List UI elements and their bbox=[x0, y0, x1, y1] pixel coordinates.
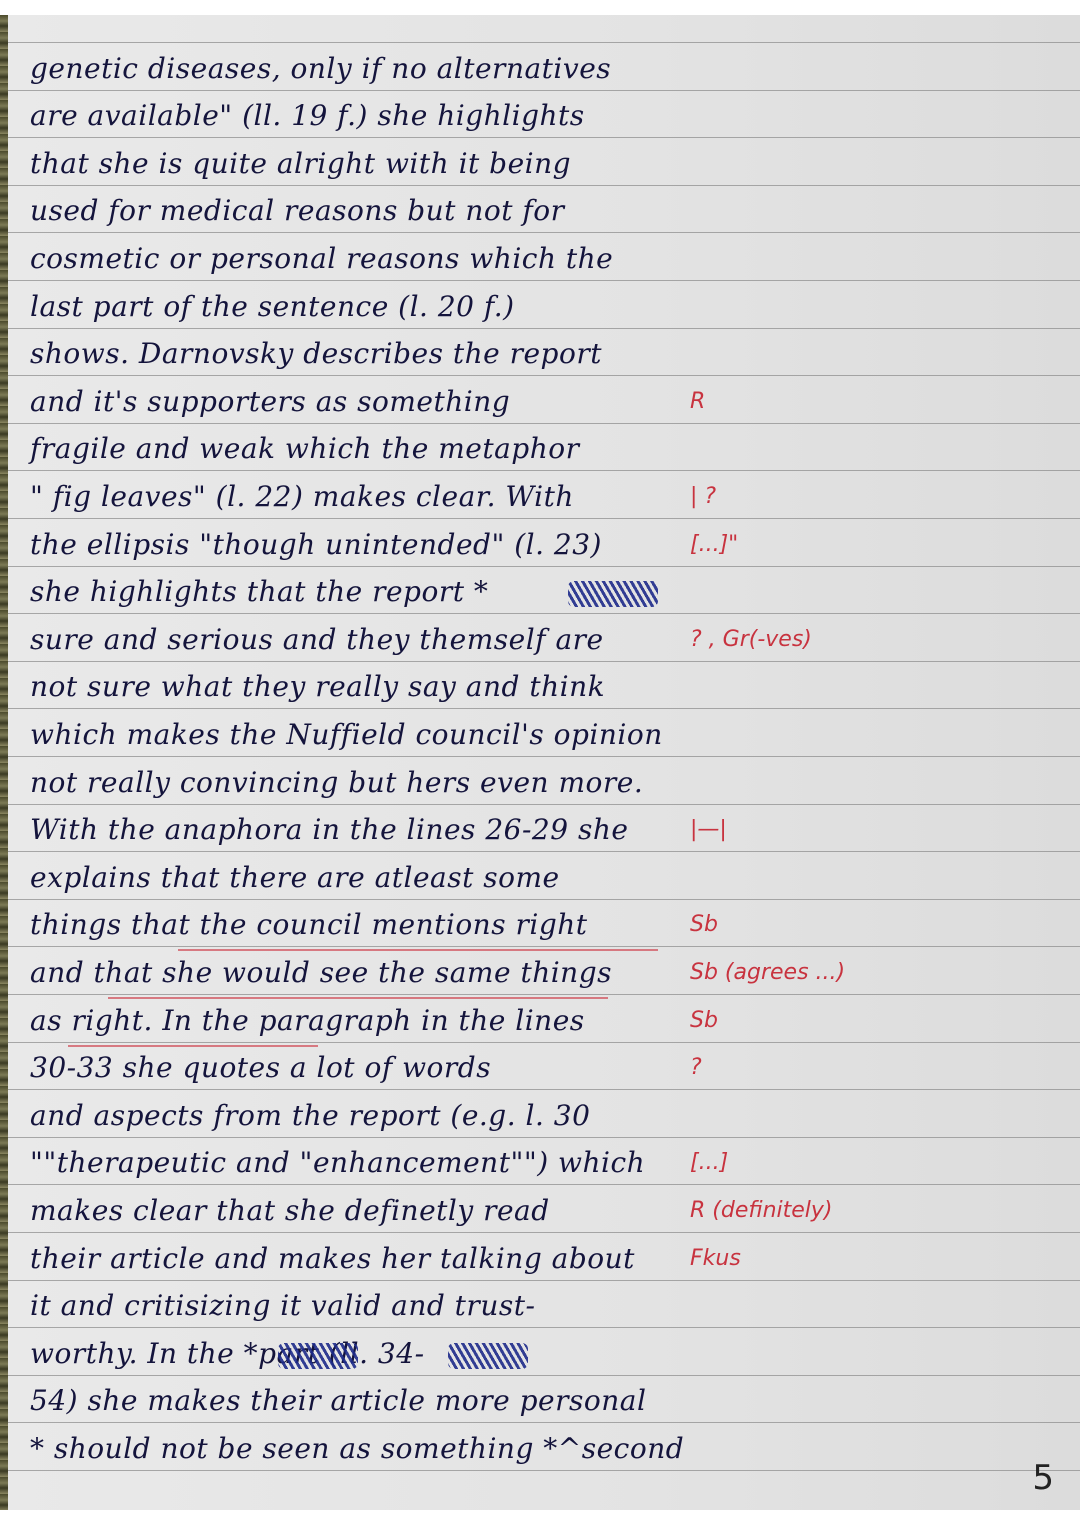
handwritten-line: explains that there are atleast some bbox=[30, 861, 560, 894]
ruled-line bbox=[8, 899, 1080, 900]
teacher-margin-note: [...]" bbox=[690, 532, 738, 557]
handwritten-line: are available" (ll. 19 f.) she highlight… bbox=[30, 99, 585, 132]
desk-edge bbox=[0, 15, 8, 1510]
ruled-line bbox=[8, 185, 1080, 186]
ruled-line bbox=[8, 1327, 1080, 1328]
ruled-line bbox=[8, 90, 1080, 91]
handwritten-line: that she is quite alright with it being bbox=[30, 147, 571, 180]
teacher-margin-note: ? bbox=[690, 1055, 702, 1080]
ruled-line bbox=[8, 280, 1080, 281]
ruled-line bbox=[8, 518, 1080, 519]
crossed-out-scribble bbox=[278, 1343, 358, 1369]
ruled-line bbox=[8, 1375, 1080, 1376]
handwritten-line: With the anaphora in the lines 26-29 she bbox=[30, 813, 628, 846]
teacher-margin-note: Fkus bbox=[690, 1246, 741, 1271]
ruled-line bbox=[8, 613, 1080, 614]
ruled-line bbox=[8, 137, 1080, 138]
ruled-line bbox=[8, 470, 1080, 471]
teacher-margin-note: ? , Gr(-ves) bbox=[690, 627, 812, 652]
handwritten-line: ""therapeutic and "enhancement"") which bbox=[30, 1146, 645, 1179]
ruled-line bbox=[8, 375, 1080, 376]
notebook-page: genetic diseases, only if no alternative… bbox=[8, 15, 1080, 1510]
handwritten-line: " fig leaves" (l. 22) makes clear. With bbox=[30, 480, 574, 513]
handwritten-line: worthy. In the *part (ll. 34- bbox=[30, 1337, 425, 1370]
ruled-line bbox=[8, 1422, 1080, 1423]
handwritten-line: fragile and weak which the metaphor bbox=[30, 432, 580, 465]
ruled-line bbox=[8, 804, 1080, 805]
teacher-margin-note: |—| bbox=[690, 817, 727, 842]
page-number: 5 bbox=[1032, 1458, 1054, 1498]
handwritten-line: last part of the sentence (l. 20 f.) bbox=[30, 290, 515, 323]
handwritten-line: * should not be seen as something *^seco… bbox=[30, 1432, 684, 1465]
ruled-line bbox=[8, 566, 1080, 567]
ruled-line bbox=[8, 756, 1080, 757]
ruled-line bbox=[8, 232, 1080, 233]
handwritten-line: cosmetic or personal reasons which the bbox=[30, 242, 613, 275]
teacher-margin-note: Sb (agrees ...) bbox=[690, 960, 845, 985]
crossed-out-scribble bbox=[448, 1343, 528, 1369]
ruled-line bbox=[8, 851, 1080, 852]
crossed-out-scribble bbox=[568, 581, 658, 607]
ruled-line bbox=[8, 1280, 1080, 1281]
teacher-margin-note: Sb bbox=[690, 1008, 718, 1033]
ruled-line bbox=[8, 661, 1080, 662]
handwritten-line: makes clear that she definetly read bbox=[30, 1194, 550, 1227]
correction-underline bbox=[68, 1045, 318, 1047]
handwritten-line: and aspects from the report (e.g. l. 30 bbox=[30, 1099, 590, 1132]
handwritten-line: their article and makes her talking abou… bbox=[30, 1242, 635, 1275]
ruled-line bbox=[8, 1137, 1080, 1138]
handwritten-line: genetic diseases, only if no alternative… bbox=[30, 52, 611, 85]
handwritten-line: as right. In the paragraph in the lines bbox=[30, 1004, 585, 1037]
handwritten-line: and it's supporters as something bbox=[30, 385, 510, 418]
handwritten-line: 54) she makes their article more persona… bbox=[30, 1384, 646, 1417]
ruled-line bbox=[8, 328, 1080, 329]
teacher-margin-note: R (definitely) bbox=[690, 1198, 833, 1223]
handwritten-line: not sure what they really say and think bbox=[30, 670, 605, 703]
handwritten-line: it and critisizing it valid and trust- bbox=[30, 1289, 535, 1322]
teacher-margin-note: | ? bbox=[690, 484, 716, 509]
teacher-margin-note: R bbox=[690, 389, 705, 414]
teacher-margin-note: Sb bbox=[690, 912, 718, 937]
ruled-line bbox=[8, 1184, 1080, 1185]
ruled-line bbox=[8, 708, 1080, 709]
ruled-line bbox=[8, 1232, 1080, 1233]
handwritten-line: 30-33 she quotes a lot of words bbox=[30, 1051, 491, 1084]
handwritten-line: shows. Darnovsky describes the report bbox=[30, 337, 602, 370]
handwritten-line: sure and serious and they themself are bbox=[30, 623, 604, 656]
ruled-line bbox=[8, 946, 1080, 947]
handwritten-line: and that she would see the same things bbox=[30, 956, 612, 989]
ruled-line bbox=[8, 994, 1080, 995]
handwritten-line: which makes the Nuffield council's opini… bbox=[30, 718, 663, 751]
teacher-margin-note: [...] bbox=[690, 1150, 728, 1175]
ruled-line bbox=[8, 1470, 1080, 1471]
handwritten-line: things that the council mentions right bbox=[30, 908, 588, 941]
ruled-line bbox=[8, 42, 1080, 43]
handwritten-line: the ellipsis "though unintended" (l. 23) bbox=[30, 528, 602, 561]
ruled-line bbox=[8, 1089, 1080, 1090]
ruled-line bbox=[8, 423, 1080, 424]
correction-underline bbox=[108, 997, 608, 999]
handwritten-line: she highlights that the report * bbox=[30, 575, 488, 608]
handwritten-line: used for medical reasons but not for bbox=[30, 194, 564, 227]
handwritten-line: not really convincing but hers even more… bbox=[30, 766, 643, 799]
ruled-line bbox=[8, 1042, 1080, 1043]
correction-underline bbox=[178, 949, 658, 951]
